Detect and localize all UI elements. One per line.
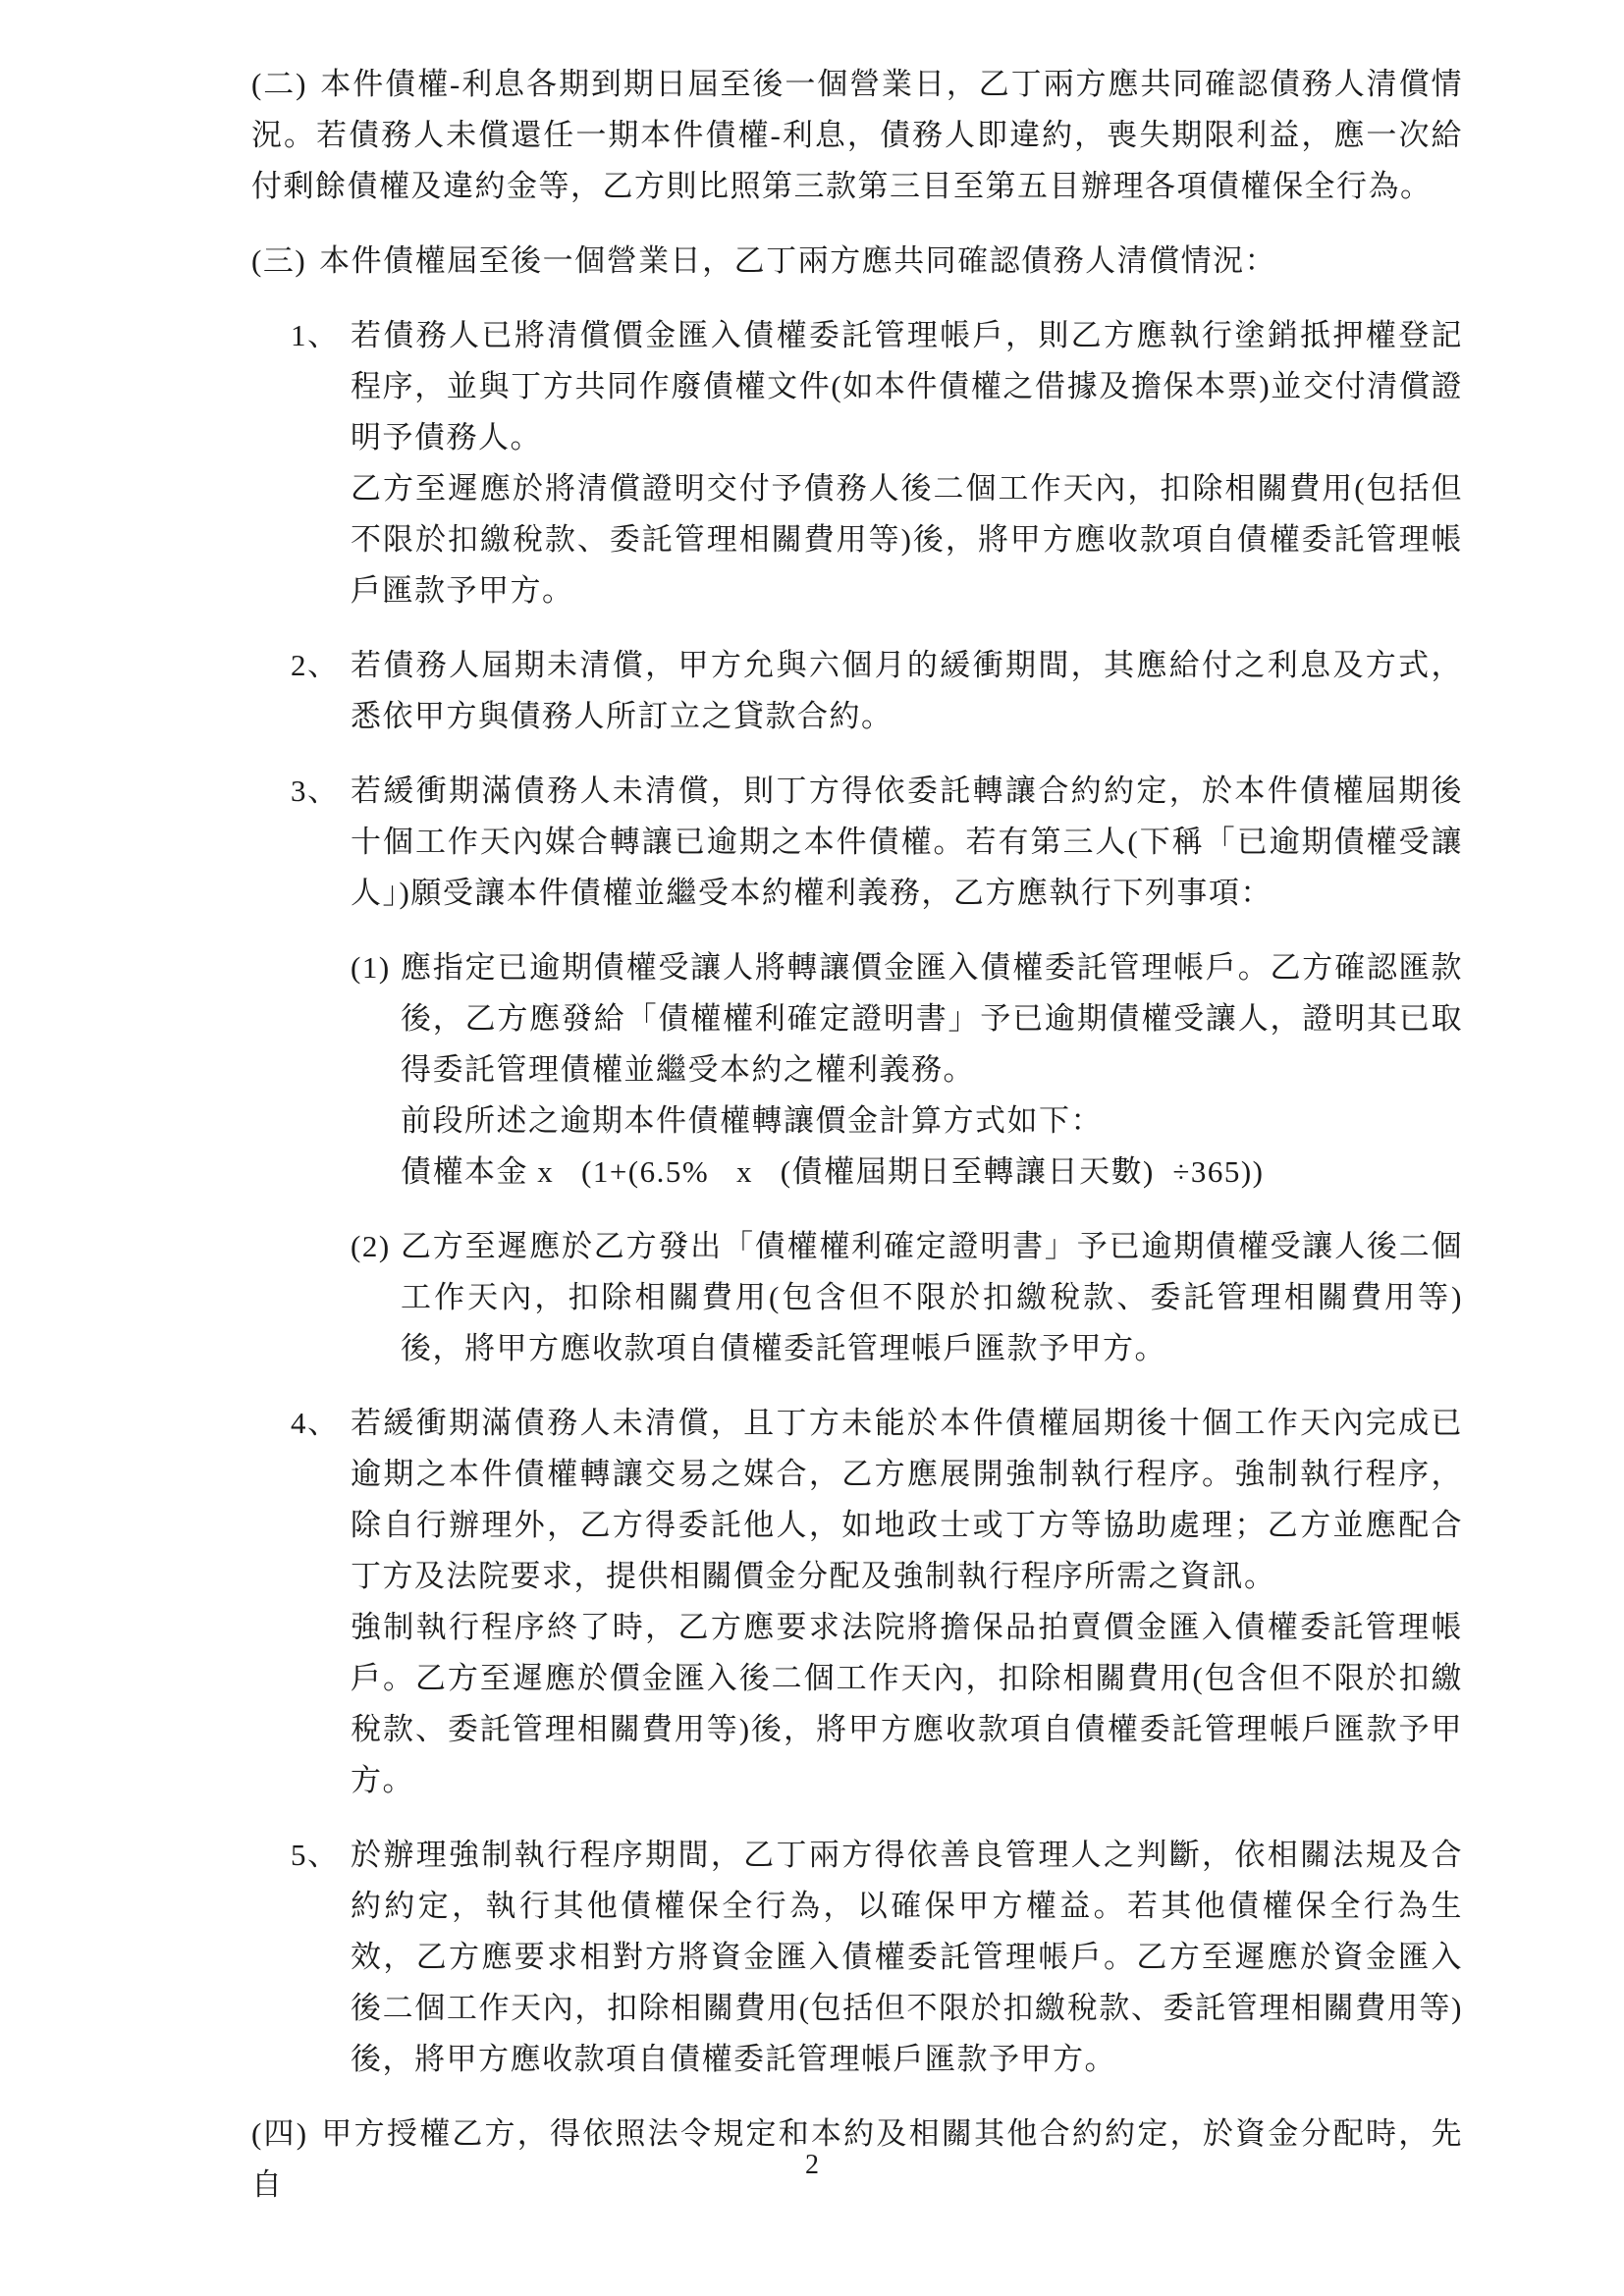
numbered-item-2: 2、 若債務人屆期未清償，甲方允與六個月的緩衝期間，其應給付之利息及方式，悉依甲… xyxy=(0,640,1624,742)
clause-text: 本件債權屆至後一個營業日，乙丁兩方應共同確認債務人清償情況： xyxy=(319,243,1276,278)
numbered-item-5: 5、 於辦理強制執行程序期間，乙丁兩方得依善良管理人之判斷，依相關法規及合約約定… xyxy=(0,1830,1624,2085)
sub-item-marker: (2) xyxy=(351,1221,391,1272)
contract-body: (二)本件債權-利息各期到期日屆至後一個營業日，乙丁兩方應共同確認債務人清償情況… xyxy=(0,59,1624,2211)
item-paragraph: 若緩衝期滿債務人未清償，則丁方得依委託轉讓合約約定，於本件債權屆期後十個工作天內… xyxy=(351,766,1463,919)
item-marker: 5、 xyxy=(291,1830,340,1881)
sub-item-paragraph: 應指定已逾期債權受讓人將轉讓價金匯入債權委託管理帳戶。乙方確認匯款後，乙方應發給… xyxy=(401,942,1463,1095)
page-number: 2 xyxy=(0,2146,1624,2185)
clause-item-2: (二)本件債權-利息各期到期日屆至後一個營業日，乙丁兩方應共同確認債務人清償情況… xyxy=(0,59,1624,212)
numbered-item-3: 3、 若緩衝期滿債務人未清償，則丁方得依委託轉讓合約約定，於本件債權屆期後十個工… xyxy=(0,766,1624,919)
clause-text: 本件債權-利息各期到期日屆至後一個營業日，乙丁兩方應共同確認債務人清償情況。若債… xyxy=(251,67,1463,203)
transfer-price-formula: 債權本金 x (1+(6.5% x (債權屆期日至轉讓日天數) ÷365)) xyxy=(401,1147,1463,1198)
clause-marker: (三) xyxy=(251,243,306,278)
numbered-item-1: 1、 若債務人已將清償價金匯入債權委託管理帳戶，則乙方應執行塗銷抵押權登記程序，… xyxy=(0,310,1624,616)
sub-item-marker: (1) xyxy=(351,942,391,993)
item-paragraph: 若緩衝期滿債務人未清償，且丁方未能於本件債權屆期後十個工作天內完成已逾期之本件債… xyxy=(351,1398,1463,1602)
sub-item-paragraph: 前段所述之逾期本件債權轉讓價金計算方式如下： xyxy=(401,1095,1463,1147)
clause-item-3: (三)本件債權屆至後一個營業日，乙丁兩方應共同確認債務人清償情況： xyxy=(0,236,1624,287)
item-paragraph: 乙方至遲應於將清償證明交付予債務人後二個工作天內，扣除相關費用(包括但不限於扣繳… xyxy=(351,463,1463,616)
item-paragraph: 強制執行程序終了時，乙方應要求法院將擔保品拍賣價金匯入債權委託管理帳戶。乙方至遲… xyxy=(351,1602,1463,1806)
item-paragraph: 若債務人已將清償價金匯入債權委託管理帳戶，則乙方應執行塗銷抵押權登記程序，並與丁… xyxy=(351,310,1463,463)
sub-item-2: (2) 乙方至遲應於乙方發出「債權權利確定證明書」予已逾期債權受讓人後二個工作天… xyxy=(0,1221,1624,1374)
clause-marker: (二) xyxy=(251,67,307,101)
sub-item-paragraph: 乙方至遲應於乙方發出「債權權利確定證明書」予已逾期債權受讓人後二個工作天內，扣除… xyxy=(401,1221,1463,1374)
item-marker: 2、 xyxy=(291,640,340,691)
numbered-item-4: 4、 若緩衝期滿債務人未清償，且丁方未能於本件債權屆期後十個工作天內完成已逾期之… xyxy=(0,1398,1624,1806)
contract-document-page: (二)本件債權-利息各期到期日屆至後一個營業日，乙丁兩方應共同確認債務人清償情況… xyxy=(0,0,1624,2296)
item-marker: 1、 xyxy=(291,310,340,361)
item-paragraph: 於辦理強制執行程序期間，乙丁兩方得依善良管理人之判斷，依相關法規及合約約定，執行… xyxy=(351,1830,1463,2085)
item-paragraph: 若債務人屆期未清償，甲方允與六個月的緩衝期間，其應給付之利息及方式，悉依甲方與債… xyxy=(351,640,1463,742)
item-marker: 3、 xyxy=(291,766,340,817)
sub-item-1: (1) 應指定已逾期債權受讓人將轉讓價金匯入債權委託管理帳戶。乙方確認匯款後，乙… xyxy=(0,942,1624,1198)
item-marker: 4、 xyxy=(291,1398,340,1449)
